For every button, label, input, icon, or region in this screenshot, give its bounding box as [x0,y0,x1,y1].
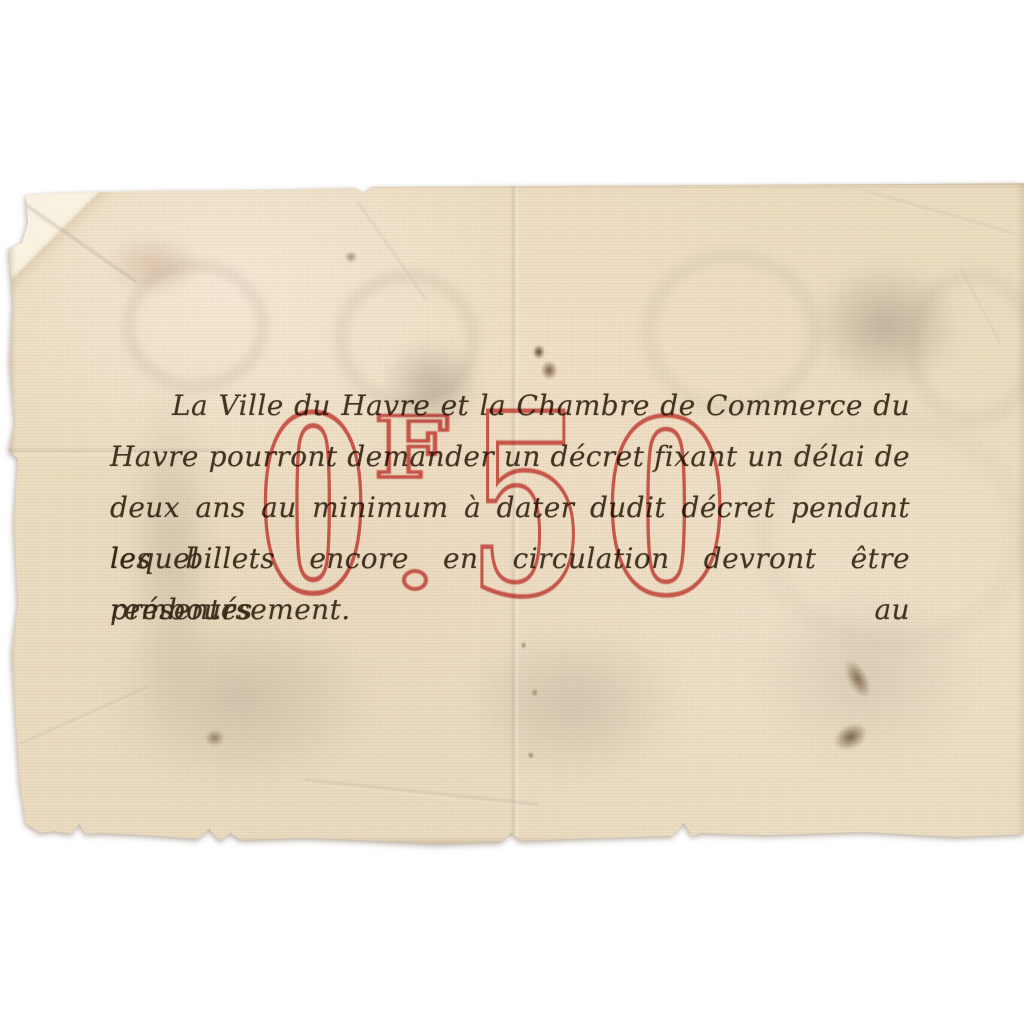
banknote-reverse: La Ville du Havre et la Chambre de Comme… [6,183,1024,845]
edge-shading [6,183,1024,845]
banknote-wrapper: La Ville du Havre et la Chambre de Comme… [6,183,1024,845]
scan-background: La Ville du Havre et la Chambre de Comme… [0,0,1024,1024]
